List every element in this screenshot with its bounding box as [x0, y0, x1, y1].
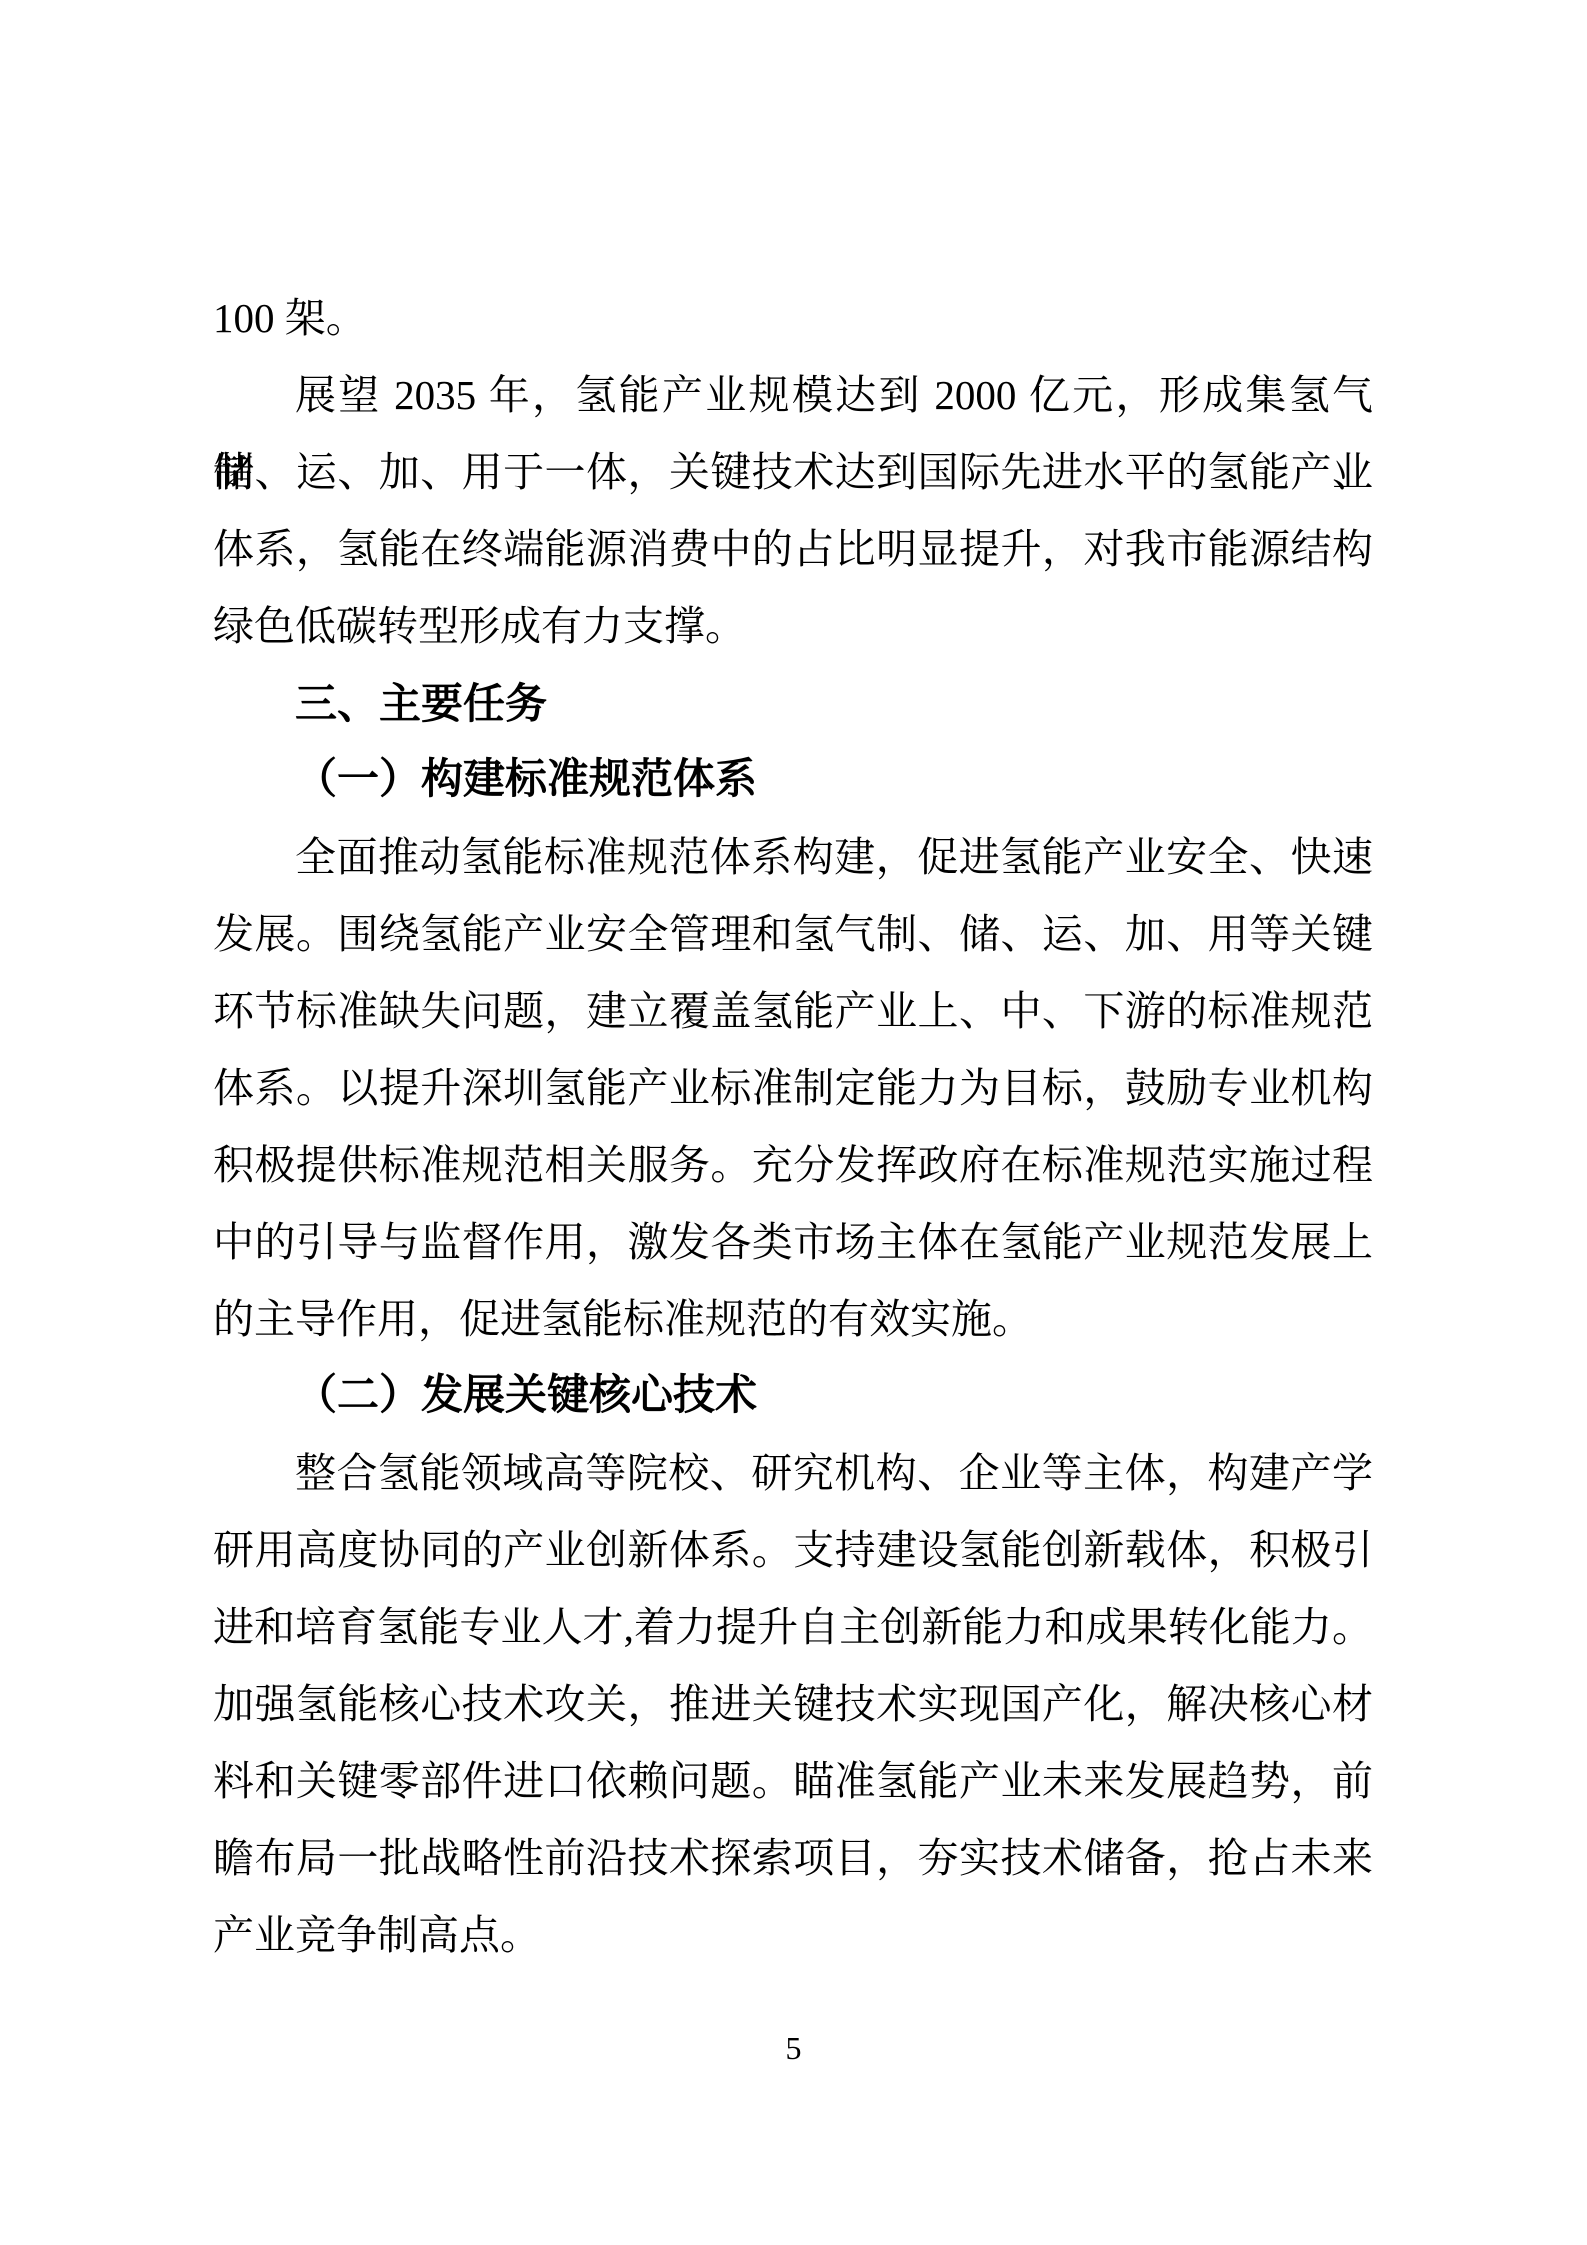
text-line: 研用高度协同的产业创新体系。支持建设氢能创新载体，积极引 [213, 1512, 1373, 1589]
text-line: 体系，氢能在终端能源消费中的占比明显提升，对我市能源结构 [213, 511, 1373, 588]
text-line: 储、运、加、用于一体，关键技术达到国际先进水平的氢能产业 [213, 434, 1373, 511]
text-line: 体系。以提升深圳氢能产业标准制定能力为目标，鼓励专业机构 [213, 1050, 1373, 1127]
paragraph: 全面推动氢能标准规范体系构建，促进氢能产业安全、快速发展。围绕氢能产业安全管理和… [213, 819, 1373, 1358]
text-line: 全面推动氢能标准规范体系构建，促进氢能产业安全、快速 [213, 819, 1373, 896]
text-line: 环节标准缺失问题，建立覆盖氢能产业上、中、下游的标准规范 [213, 973, 1373, 1050]
text-line: 积极提供标准规范相关服务。充分发挥政府在标准规范实施过程 [213, 1127, 1373, 1204]
heading-2-text: （二）发展关键核心技术 [213, 1358, 1373, 1435]
heading-1: 三、主要任务 [213, 665, 1373, 742]
text-line: 100 架。 [213, 280, 1373, 357]
paragraph: 展望 2035 年，氢能产业规模达到 2000 亿元，形成集氢气制、储、运、加、… [213, 357, 1373, 665]
text-line: 料和关键零部件进口依赖问题。瞄准氢能产业未来发展趋势，前 [213, 1743, 1373, 1820]
heading-2: （一）构建标准规范体系 [213, 742, 1373, 819]
text-line: 加强氢能核心技术攻关，推进关键技术实现国产化，解决核心材 [213, 1666, 1373, 1743]
text-line: 整合氢能领域高等院校、研究机构、企业等主体，构建产学 [213, 1435, 1373, 1512]
text-line: 进和培育氢能专业人才,着力提升自主创新能力和成果转化能力。 [213, 1589, 1373, 1666]
text-line: 中的引导与监督作用，激发各类市场主体在氢能产业规范发展上 [213, 1204, 1373, 1281]
text-line: 产业竞争制高点。 [213, 1897, 1373, 1974]
text-line: 展望 2035 年，氢能产业规模达到 2000 亿元，形成集氢气制、 [213, 357, 1373, 434]
heading-2-text: （一）构建标准规范体系 [213, 742, 1373, 819]
text-line: 绿色低碳转型形成有力支撑。 [213, 588, 1373, 665]
text-line: 瞻布局一批战略性前沿技术探索项目，夯实技术储备，抢占未来 [213, 1820, 1373, 1897]
text-line: 发展。围绕氢能产业安全管理和氢气制、储、运、加、用等关键 [213, 896, 1373, 973]
paragraph: 100 架。 [213, 280, 1373, 357]
heading-2: （二）发展关键核心技术 [213, 1358, 1373, 1435]
document-page: 100 架。展望 2035 年，氢能产业规模达到 2000 亿元，形成集氢气制、… [0, 0, 1587, 2245]
page-number: 5 [0, 2026, 1587, 2070]
text-line: 的主导作用，促进氢能标准规范的有效实施。 [213, 1281, 1373, 1358]
paragraph: 整合氢能领域高等院校、研究机构、企业等主体，构建产学研用高度协同的产业创新体系。… [213, 1435, 1373, 1974]
document-content: 100 架。展望 2035 年，氢能产业规模达到 2000 亿元，形成集氢气制、… [213, 280, 1373, 1974]
heading-1-text: 三、主要任务 [213, 665, 1373, 742]
